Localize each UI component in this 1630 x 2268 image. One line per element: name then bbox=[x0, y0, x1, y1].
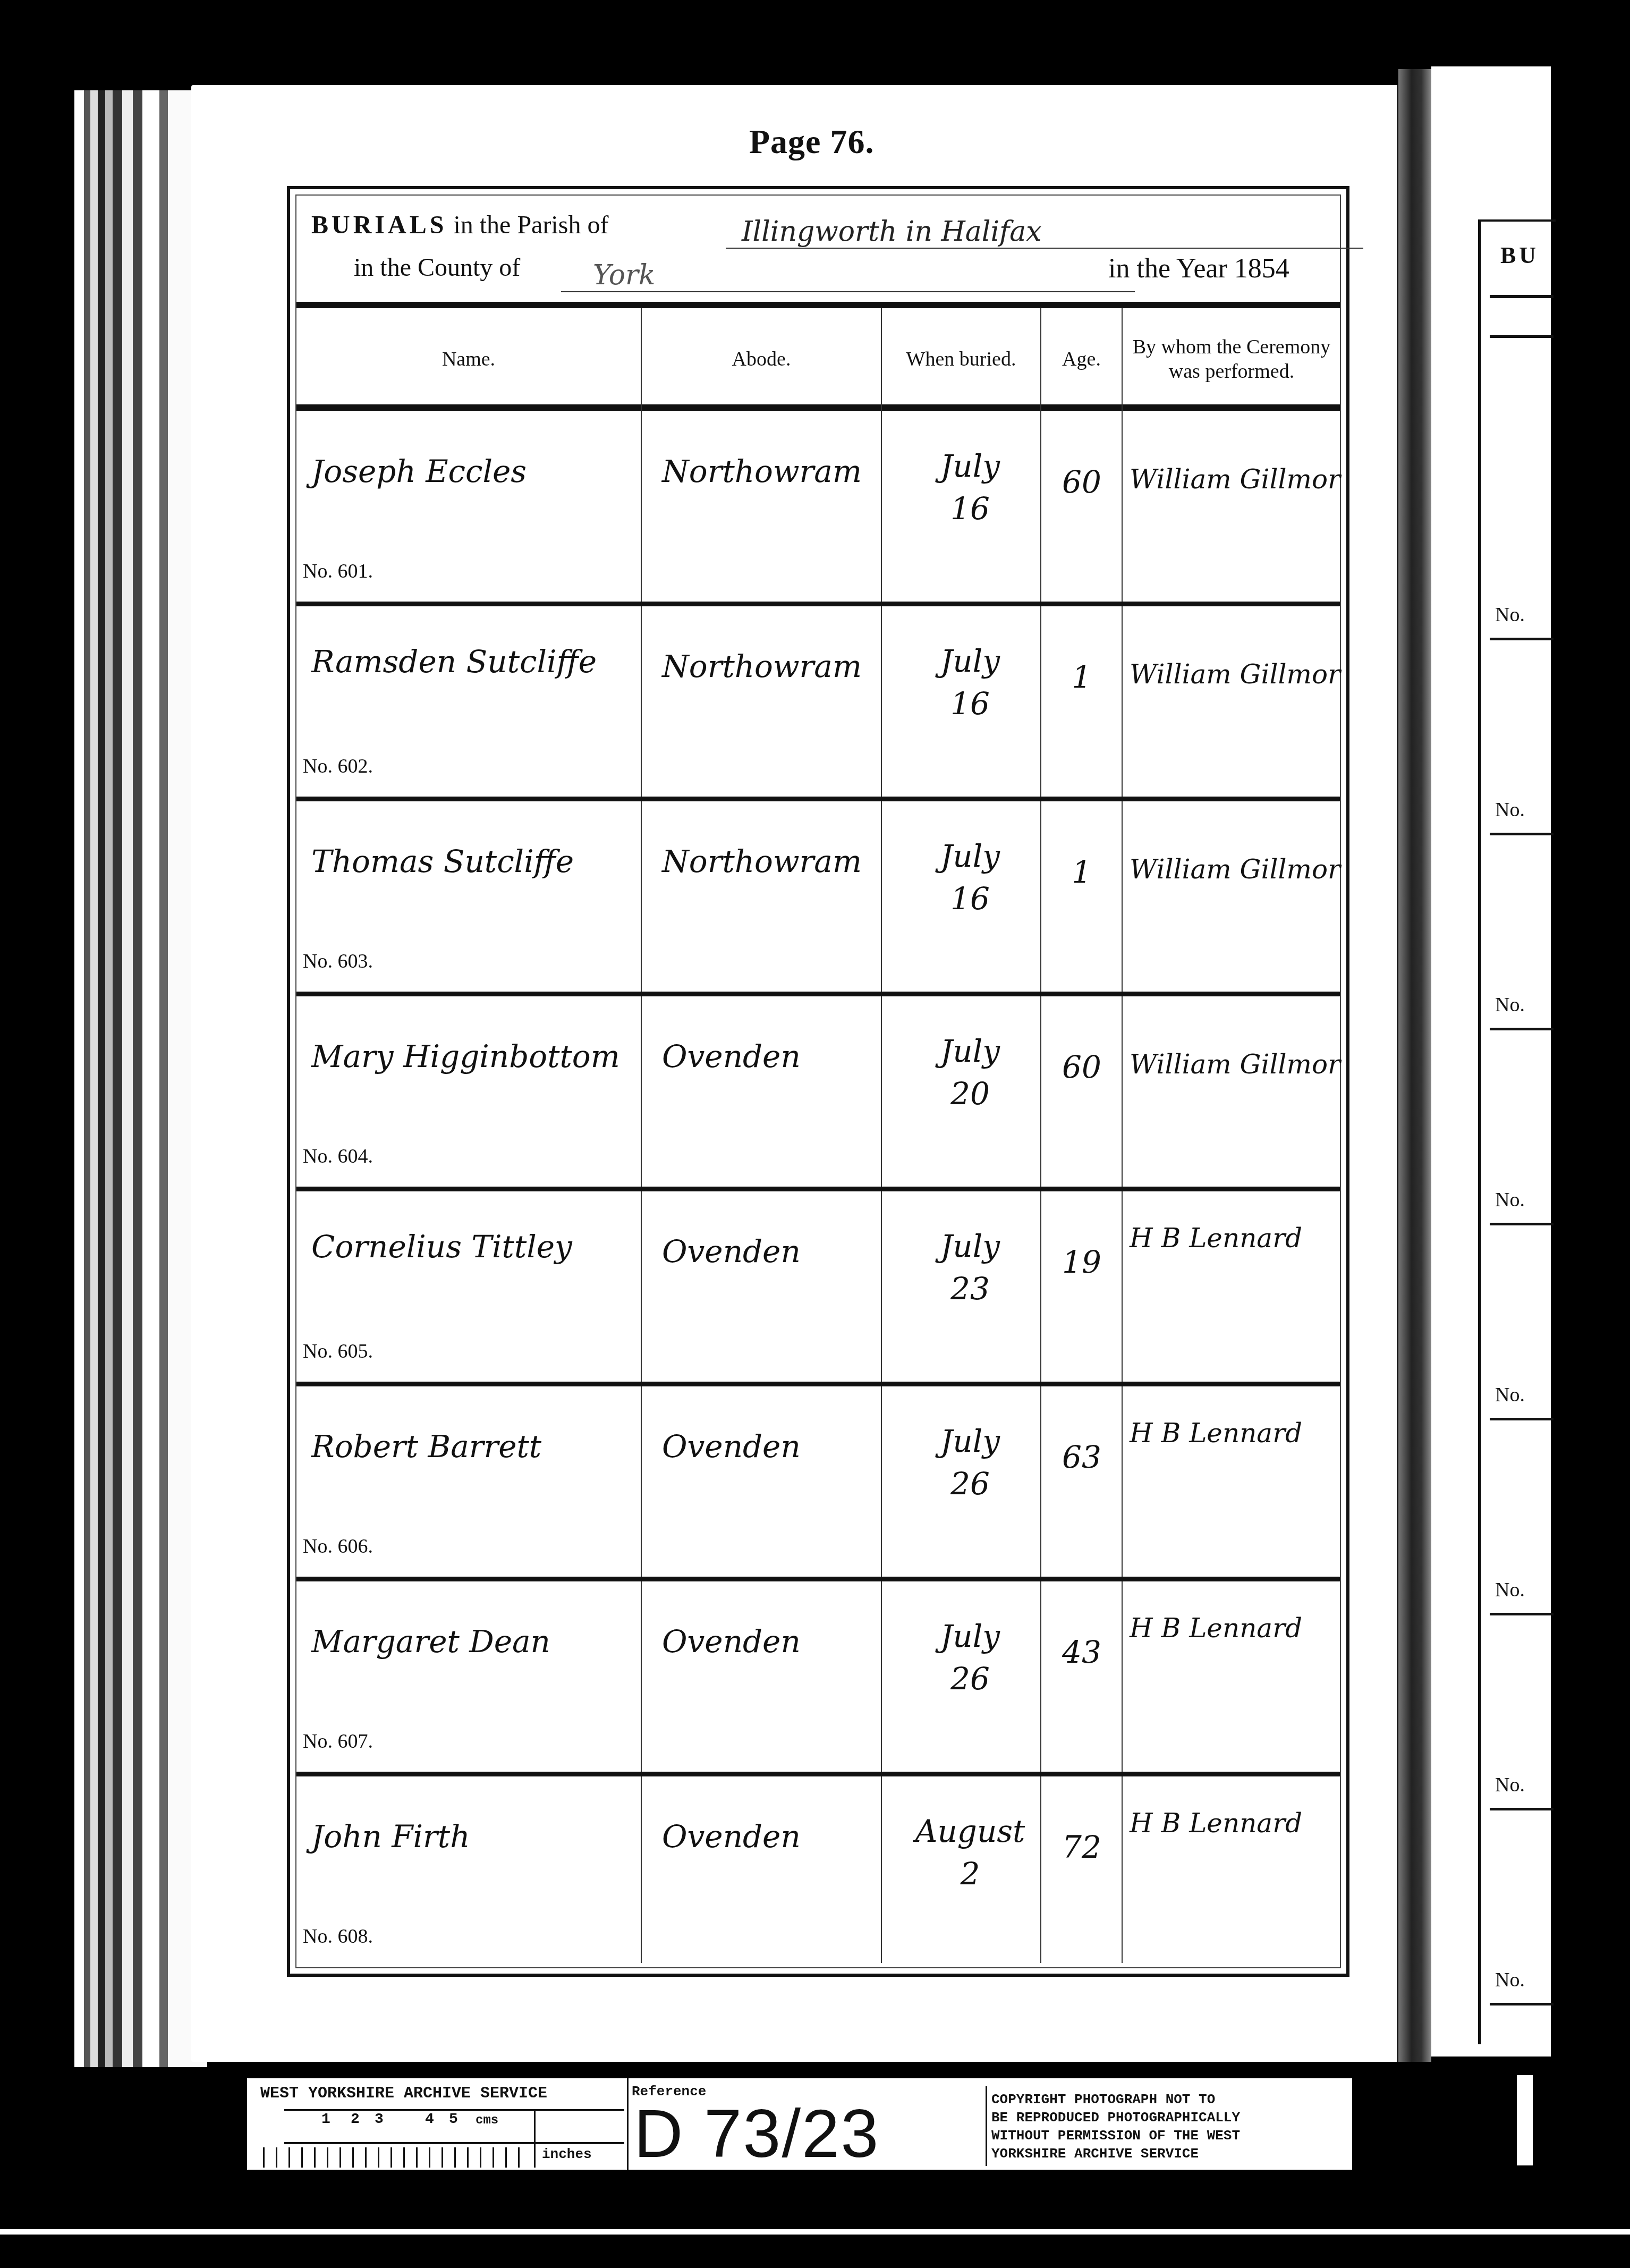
register-title: BURIALS bbox=[311, 211, 447, 239]
entry-burial-month: July bbox=[906, 448, 1034, 484]
facing-row-number: No. bbox=[1495, 1383, 1525, 1407]
inch-label: inches bbox=[542, 2146, 592, 2162]
entry-number: No. 602. bbox=[303, 755, 373, 778]
entry-age: 72 bbox=[1045, 1829, 1119, 1865]
entry-burial-day: 26 bbox=[906, 1661, 1034, 1697]
entry-name: Robert Barrett bbox=[311, 1428, 630, 1465]
strip-edge-marker bbox=[1517, 2075, 1533, 2165]
facing-row-number: No. bbox=[1495, 1773, 1525, 1797]
entry-burial-month: July bbox=[906, 1618, 1034, 1654]
entry-burial-day: 16 bbox=[906, 490, 1034, 527]
parish-label: in the Parish of bbox=[453, 211, 608, 239]
year-label: in the Year 1854 bbox=[1108, 253, 1289, 284]
parish-value: Illingworth in Halifax bbox=[726, 216, 1363, 249]
entry-burial-month: August bbox=[906, 1813, 1034, 1849]
scale-ruler: WEST YORKSHIRE ARCHIVE SERVICE 1 2 3 4 5… bbox=[247, 2078, 627, 2170]
column-header-age: Age. bbox=[1041, 314, 1122, 404]
cm-tick: 2 bbox=[351, 2111, 360, 2128]
entry-abode: Ovenden bbox=[662, 1233, 801, 1270]
entry-burial-month: July bbox=[906, 1033, 1034, 1069]
entry-abode: Ovenden bbox=[662, 1428, 801, 1465]
entry-number: No. 608. bbox=[303, 1925, 373, 1948]
entry-officiant: William Gillmor bbox=[1130, 1049, 1340, 1080]
entry-abode: Northowram bbox=[662, 648, 862, 684]
column-header-divider bbox=[296, 404, 1340, 411]
entry-officiant: H B Lennard bbox=[1130, 1418, 1302, 1449]
copyright-notice: COPYRIGHT PHOTOGRAPH NOT TO BE REPRODUCE… bbox=[986, 2086, 1348, 2166]
county-value: York bbox=[561, 259, 1135, 292]
table-row: Thomas SutcliffeNorthowramJuly161William… bbox=[290, 801, 1346, 996]
column-header-when-buried: When buried. bbox=[882, 314, 1040, 404]
entry-age: 43 bbox=[1045, 1634, 1119, 1670]
entry-burial-month: July bbox=[906, 838, 1034, 874]
copyright-line: WITHOUT PERMISSION OF THE WEST bbox=[991, 2127, 1348, 2145]
entry-abode: Ovenden bbox=[662, 1038, 801, 1074]
page-number: Page 76. bbox=[749, 122, 875, 162]
table-row: John FirthOvendenAugust272H B LennardNo.… bbox=[290, 1776, 1346, 1971]
table-row: Cornelius TittleyOvendenJuly2319H B Lenn… bbox=[290, 1191, 1346, 1386]
cm-label: cms bbox=[476, 2113, 498, 2128]
film-edge bbox=[0, 2229, 1630, 2235]
entry-number: No. 604. bbox=[303, 1145, 373, 1168]
facing-row-number: No. bbox=[1495, 1968, 1525, 1992]
entry-abode: Ovenden bbox=[662, 1818, 801, 1855]
table-row: Ramsden SutcliffeNorthowramJuly161Willia… bbox=[290, 606, 1346, 801]
entry-burial-month: July bbox=[906, 1228, 1034, 1264]
entry-age: 19 bbox=[1045, 1244, 1119, 1280]
entry-officiant: William Gillmor bbox=[1130, 659, 1340, 690]
entry-burial-day: 16 bbox=[906, 881, 1034, 917]
column-header-abode: Abode. bbox=[642, 314, 881, 404]
facing-row-number: No. bbox=[1495, 798, 1525, 822]
entry-number: No. 601. bbox=[303, 560, 373, 583]
entry-name: Thomas Sutcliffe bbox=[311, 843, 630, 879]
entry-officiant: William Gillmor bbox=[1130, 464, 1340, 495]
entry-officiant: H B Lennard bbox=[1130, 1808, 1302, 1839]
facing-page: BU No.No.No.No.No.No.No.No. bbox=[1431, 66, 1551, 2057]
header-divider bbox=[296, 302, 1340, 308]
archive-service-name: WEST YORKSHIRE ARCHIVE SERVICE bbox=[260, 2085, 547, 2103]
inch-ticks bbox=[263, 2147, 529, 2168]
entry-name: Margaret Dean bbox=[311, 1623, 630, 1660]
entry-officiant: H B Lennard bbox=[1130, 1613, 1302, 1644]
entry-age: 1 bbox=[1045, 659, 1119, 695]
entry-abode: Northowram bbox=[662, 843, 862, 879]
book-page-edges bbox=[74, 90, 207, 2067]
entry-number: No. 606. bbox=[303, 1535, 373, 1558]
entry-burial-day: 16 bbox=[906, 686, 1034, 722]
entry-age: 60 bbox=[1045, 1049, 1119, 1085]
facing-row-number: No. bbox=[1495, 1578, 1525, 1602]
entry-number: No. 607. bbox=[303, 1730, 373, 1753]
cm-tick: 1 bbox=[321, 2111, 330, 2128]
entry-name: Cornelius Tittley bbox=[311, 1223, 630, 1271]
entry-burial-day: 2 bbox=[906, 1856, 1034, 1892]
table-row: Robert BarrettOvendenJuly2663H B Lennard… bbox=[290, 1386, 1346, 1581]
entry-burial-day: 26 bbox=[906, 1466, 1034, 1502]
book-gutter bbox=[1398, 69, 1431, 2062]
burial-register-table: BURIALS in the Parish of Illingworth in … bbox=[287, 186, 1349, 1977]
copyright-line: YORKSHIRE ARCHIVE SERVICE bbox=[991, 2145, 1348, 2163]
entry-number: No. 605. bbox=[303, 1340, 373, 1363]
cm-tick: 5 bbox=[449, 2111, 458, 2128]
table-row: Margaret DeanOvendenJuly2643H B LennardN… bbox=[290, 1581, 1346, 1776]
facing-row-number: No. bbox=[1495, 603, 1525, 627]
copyright-line: COPYRIGHT PHOTOGRAPH NOT TO bbox=[991, 2091, 1348, 2109]
entry-burial-month: July bbox=[906, 643, 1034, 679]
facing-row-number: No. bbox=[1495, 993, 1525, 1017]
entry-officiant: William Gillmor bbox=[1130, 854, 1340, 885]
entry-burial-day: 23 bbox=[906, 1271, 1034, 1307]
entry-burial-month: July bbox=[906, 1423, 1034, 1459]
cm-tick: 3 bbox=[375, 2111, 384, 2128]
register-heading-parish: BURIALS in the Parish of bbox=[311, 210, 608, 240]
reference-number: D 73/23 bbox=[634, 2100, 879, 2169]
entry-age: 60 bbox=[1045, 464, 1119, 500]
entry-name: Mary Higginbottom bbox=[311, 1038, 630, 1074]
column-header-officiant: By whom the Ceremony was performed. bbox=[1123, 314, 1340, 404]
entry-name: Ramsden Sutcliffe bbox=[311, 638, 630, 686]
entry-name: John Firth bbox=[311, 1818, 630, 1855]
copyright-line: BE REPRODUCED PHOTOGRAPHICALLY bbox=[991, 2109, 1348, 2127]
entry-abode: Ovenden bbox=[662, 1623, 801, 1660]
entry-name: Joseph Eccles bbox=[311, 453, 630, 489]
cm-tick: 4 bbox=[425, 2111, 434, 2128]
entry-age: 63 bbox=[1045, 1439, 1119, 1475]
entry-number: No. 603. bbox=[303, 950, 373, 973]
entry-burial-day: 20 bbox=[906, 1076, 1034, 1112]
archive-reference-strip: WEST YORKSHIRE ARCHIVE SERVICE 1 2 3 4 5… bbox=[247, 2078, 1352, 2170]
entry-officiant: H B Lennard bbox=[1130, 1223, 1302, 1254]
facing-row-number: No. bbox=[1495, 1188, 1525, 1212]
entry-age: 1 bbox=[1045, 854, 1119, 890]
column-header-name: Name. bbox=[296, 314, 641, 404]
facing-title-fragment: BU bbox=[1500, 242, 1539, 269]
table-row: Mary HigginbottomOvendenJuly2060William … bbox=[290, 996, 1346, 1191]
reference-box: Reference D 73/23 bbox=[627, 2078, 979, 2170]
county-label: in the County of bbox=[354, 253, 520, 282]
entry-abode: Northowram bbox=[662, 453, 862, 489]
table-row: Joseph EcclesNorthowramJuly1660William G… bbox=[290, 411, 1346, 606]
